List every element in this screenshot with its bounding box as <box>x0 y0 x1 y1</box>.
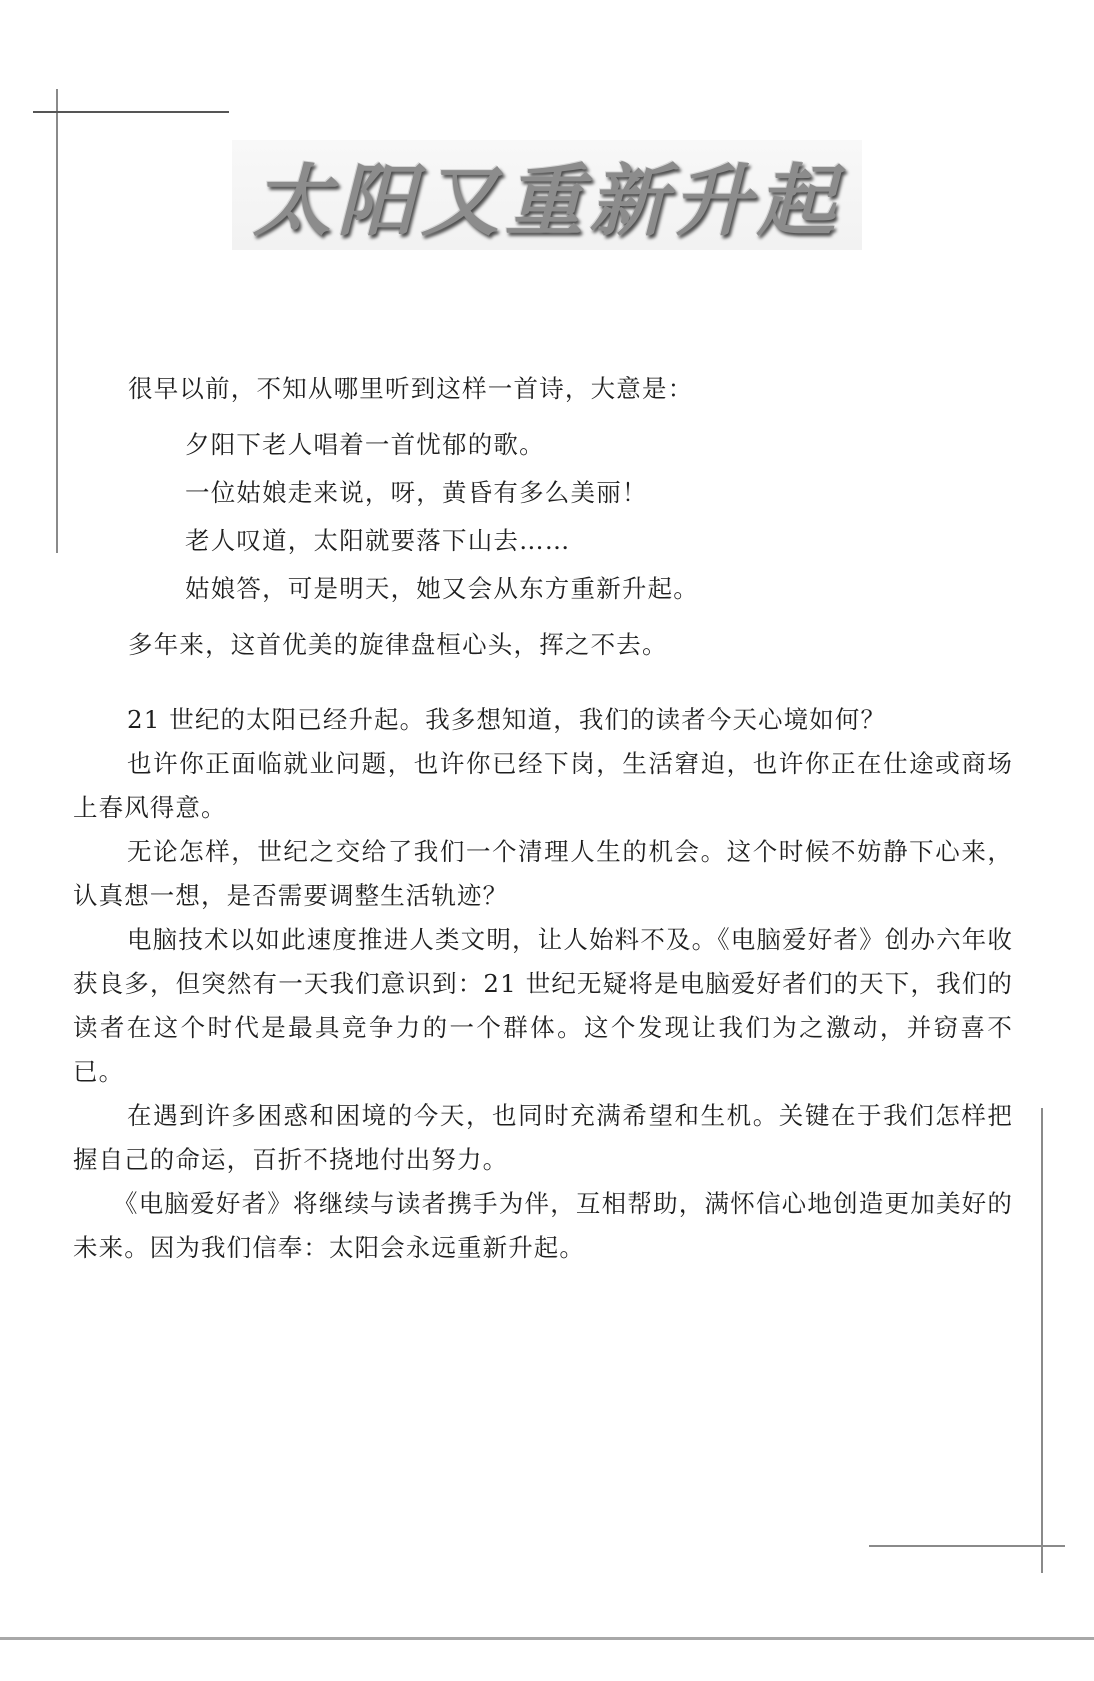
body-paragraph: 21 世纪的太阳已经升起。我多想知道，我们的读者今天心境如何？ <box>73 698 1013 742</box>
body-paragraph: 也许你正面临就业问题，也许你已经下岗，生活窘迫，也许你正在仕途或商场上春风得意。 <box>73 742 1013 830</box>
bottom-right-vertical-rule <box>1041 1108 1043 1573</box>
body-paragraph: 在遇到许多困惑和困境的今天，也同时充满希望和生机。关键在于我们怎样把握自己的命运… <box>73 1094 1013 1182</box>
top-left-vertical-rule <box>56 89 58 553</box>
title-banner: 太阳又重新升起 <box>232 140 862 250</box>
after-poem-line: 多年来，这首优美的旋律盘桓心头，挥之不去。 <box>128 628 668 661</box>
top-left-horizontal-rule <box>33 111 229 113</box>
intro-line: 很早以前，不知从哪里听到这样一首诗，大意是： <box>128 372 693 405</box>
body-paragraph: 《电脑爱好者》将继续与读者携手为伴，互相帮助，满怀信心地创造更加美好的未来。因为… <box>73 1182 1013 1270</box>
poem-line: 老人叹道，太阳就要落下山去…… <box>185 524 571 557</box>
poem-line: 一位姑娘走来说，呀，黄昏有多么美丽！ <box>185 476 648 509</box>
poem-line: 夕阳下老人唱着一首忧郁的歌。 <box>185 428 545 461</box>
body-paragraph: 电脑技术以如此速度推进人类文明，让人始料不及。《电脑爱好者》创办六年收获良多，但… <box>73 918 1013 1094</box>
body-paragraph: 无论怎样，世纪之交给了我们一个清理人生的机会。这个时候不妨静下心来，认真想一想，… <box>73 830 1013 918</box>
page-bottom-rule <box>0 1637 1094 1640</box>
page-title: 太阳又重新升起 <box>253 139 841 251</box>
bottom-right-horizontal-rule <box>869 1545 1065 1547</box>
poem-line: 姑娘答，可是明天，她又会从东方重新升起。 <box>185 572 699 605</box>
